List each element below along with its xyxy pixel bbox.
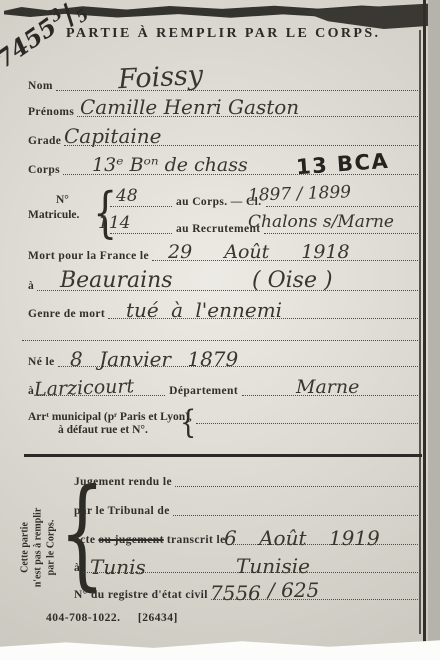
genre-mort-label: Genre de mort xyxy=(28,308,108,320)
marginal-note-line1: Cette partie xyxy=(19,496,32,600)
mort-label: Mort pour la France le xyxy=(28,250,152,262)
marginal-note-line3: par le Corps. xyxy=(45,496,58,600)
hw-mort-date: 29 Août 1918 xyxy=(168,243,350,262)
imprint-code: 404-708-1022. xyxy=(46,612,121,624)
hw-corps: 13ᵉ Bᵒⁿ de chass xyxy=(92,156,248,175)
field-row-jugement-rendu: Jugement rendu le xyxy=(74,472,418,488)
tribunal-label: par le Tribunal de xyxy=(74,505,173,517)
marginal-note: Cette partie n'est pas à remplir par le … xyxy=(19,496,58,600)
field-row-tribunal: par le Tribunal de xyxy=(74,501,418,517)
arrondissement-label-line2: à défaut rue et N°. xyxy=(58,424,148,436)
scan-edge-bottom xyxy=(0,638,440,660)
nom-label: Nom xyxy=(28,80,56,92)
recrutement-place-writing-line xyxy=(264,233,418,234)
hw-nom: Foissy xyxy=(117,62,203,93)
print-imprint: 404-708-1022. [26434] xyxy=(46,612,178,624)
hw-registre-numero-2: / 625 xyxy=(268,580,319,600)
prenoms-label: Prénoms xyxy=(28,106,77,118)
hw-grade: Capitaine xyxy=(64,126,162,146)
hw-matricule-recrutement: 114 xyxy=(98,215,130,232)
hw-transcrit-pays: Tunisie xyxy=(236,556,310,576)
hw-mort-departement: ( Oise ) xyxy=(252,270,333,292)
nom-writing-line xyxy=(56,90,418,91)
departement-label: Département xyxy=(165,385,242,397)
hw-ne-le: 8 Janvier 1879 xyxy=(70,349,238,369)
marginal-note-line2: n'est pas à remplir xyxy=(32,496,45,600)
section-divider-dotted xyxy=(22,332,418,341)
transcrit-lieu-label: à xyxy=(74,562,83,574)
arrondissement-writing-line xyxy=(196,407,418,424)
hw-transcrit-lieu: Tunis xyxy=(90,557,146,577)
scan-margin-right xyxy=(428,0,440,660)
hw-ne-a: Larzicourt xyxy=(34,377,135,399)
jugement-rendu-label: Jugement rendu le xyxy=(74,476,175,488)
card-title: PARTIE À REMPLIR PAR LE CORPS. xyxy=(66,26,380,42)
field-row-nom: Nom xyxy=(28,76,418,92)
hw-recrutement-place: Chalons s/Marne xyxy=(248,214,394,231)
section-divider-rule xyxy=(24,454,422,457)
transcrit-prefix-label: acte xyxy=(74,534,98,546)
tribunal-writing-line xyxy=(173,515,418,516)
matricule-corps-writing-line xyxy=(110,206,172,207)
hw-registre-numero: 7556 xyxy=(210,583,261,603)
classe-writing-line xyxy=(266,206,418,207)
matricule-recrutement-writing-line xyxy=(110,233,172,234)
matricule-label-matricule: Matricule. xyxy=(28,209,79,221)
mort-lieu-label: à xyxy=(28,280,37,292)
corps-label: Corps xyxy=(28,164,63,176)
ne-le-label: Né le xyxy=(28,356,58,368)
transcrit-suffix-label: transcrit le xyxy=(167,534,229,546)
registre-label: N° du registre d'état civil xyxy=(74,589,211,601)
matricule-label-numero: N° xyxy=(56,194,69,206)
hw-classe: 1897 / 1899 xyxy=(248,184,352,205)
arrondissement-brace: { xyxy=(180,406,196,438)
grade-label: Grade xyxy=(28,135,64,147)
jugement-rendu-writing-line xyxy=(175,486,418,487)
hw-prenoms: Camille Henri Gaston xyxy=(80,97,299,117)
arrondissement-label-line1: Arrᵗ municipal (pʳ Paris et Lyon), xyxy=(28,411,192,423)
hw-departement: Marne xyxy=(296,378,359,397)
hw-transcrit-date: 6 Août 1919 xyxy=(224,528,380,548)
transcrit-struck-label: ou jugement xyxy=(98,534,166,546)
imprint-serial: [26434] xyxy=(138,612,178,624)
military-death-record-card: 74553/5 PARTIE À REMPLIR PAR LE CORPS. N… xyxy=(0,0,440,660)
hw-mort-lieu: Beaurains xyxy=(60,270,173,292)
hw-matricule-corps: 48 xyxy=(116,188,138,205)
page-binding-line-inner xyxy=(419,30,421,634)
page-binding-line-outer xyxy=(423,0,426,660)
hw-genre-mort: tué à l'ennemi xyxy=(126,300,282,320)
